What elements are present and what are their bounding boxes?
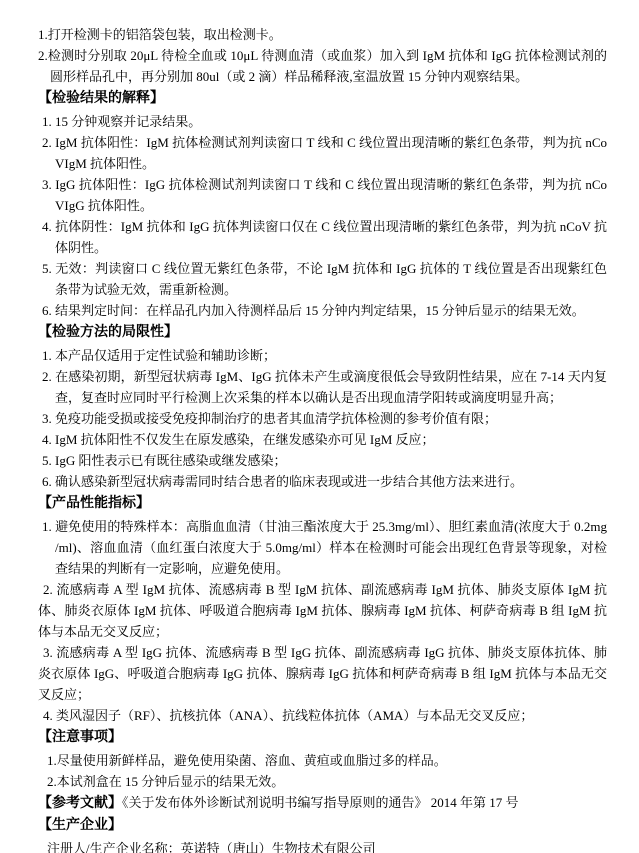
section-result-interpretation: 【检验结果的解释】1. 15 分钟观察并记录结果。2. IgM 抗体阳性：IgM…: [38, 88, 607, 321]
section-usage-steps: 1.打开检测卡的铝箔袋包装，取出检测卡。2.检测时分别取 20μL 待检全血或 …: [38, 24, 607, 87]
precautions-item-2: 2.本试剂盒在 15 分钟后显示的结果无效。: [38, 771, 607, 792]
usage-steps-item-2: 2.检测时分别取 20μL 待检全血或 10μL 待测血清（或血浆）加入到 Ig…: [38, 45, 607, 87]
method-limitations-item-1: 1. 本产品仅适用于定性试验和辅助诊断；: [38, 345, 607, 366]
result-interpretation-item-5: 5. 无效：判读窗口 C 线位置无紫红色条带，不论 IgM 抗体和 IgG 抗体…: [38, 258, 607, 300]
result-interpretation-item-2: 2. IgM 抗体阳性：IgM 抗体检测试剂判读窗口 T 线和 C 线位置出现清…: [38, 132, 607, 174]
precautions-heading: 【注意事项】: [38, 727, 607, 749]
result-interpretation-item-6: 6. 结果判定时间：在样品孔内加入待测样品后 15 分钟内判定结果，15 分钟后…: [38, 300, 607, 321]
section-references: 【参考文献】《关于发布体外诊断试剂说明书编写指导原则的通告》 2014 年第 1…: [38, 792, 607, 814]
method-limitations-item-6: 6. 确认感染新型冠状病毒需同时结合患者的临床表现或进一步结合其他方法来进行。: [38, 471, 607, 492]
references-line: 【参考文献】《关于发布体外诊断试剂说明书编写指导原则的通告》 2014 年第 1…: [38, 792, 607, 814]
document-body: 1.打开检测卡的铝箔袋包装，取出检测卡。2.检测时分别取 20μL 待检全血或 …: [38, 24, 607, 853]
result-interpretation-item-1: 1. 15 分钟观察并记录结果。: [38, 111, 607, 132]
references-text: 《关于发布体外诊断试剂说明书编写指导原则的通告》 2014 年第 17 号: [122, 795, 519, 810]
method-limitations-heading: 【检验方法的局限性】: [38, 322, 607, 344]
method-limitations-item-4: 4. IgM 抗体阳性不仅发生在原发感染，在继发感染亦可见 IgM 反应；: [38, 429, 607, 450]
manufacturer-item-1: 注册人/生产企业名称：英诺特（唐山）生物技术有限公司: [38, 838, 607, 853]
section-manufacturer: 【生产企业】注册人/生产企业名称：英诺特（唐山）生物技术有限公司: [38, 815, 607, 853]
product-performance-item-4: 4. 类风湿因子（RF）、抗核抗体（ANA）、抗线粒体抗体（AMA）与本品无交叉…: [38, 705, 607, 726]
product-performance-item-3: 3. 流感病毒 A 型 IgG 抗体、流感病毒 B 型 IgG 抗体、副流感病毒…: [38, 642, 607, 705]
precautions-item-1: 1.尽量使用新鲜样品，避免使用染菌、溶血、黄疸或血脂过多的样品。: [38, 750, 607, 771]
section-product-performance: 【产品性能指标】1. 避免使用的特殊样本：高脂血血清（甘油三酯浓度大于 25.3…: [38, 493, 607, 726]
section-method-limitations: 【检验方法的局限性】1. 本产品仅适用于定性试验和辅助诊断；2. 在感染初期，新…: [38, 322, 607, 492]
usage-steps-item-1: 1.打开检测卡的铝箔袋包装，取出检测卡。: [38, 24, 607, 45]
product-performance-item-2: 2. 流感病毒 A 型 IgM 抗体、流感病毒 B 型 IgM 抗体、副流感病毒…: [38, 579, 607, 642]
manufacturer-heading: 【生产企业】: [38, 815, 607, 837]
method-limitations-item-2: 2. 在感染初期，新型冠状病毒 IgM、IgG 抗体未产生或滴度很低会导致阴性结…: [38, 366, 607, 408]
document-page: 1.打开检测卡的铝箔袋包装，取出检测卡。2.检测时分别取 20μL 待检全血或 …: [0, 0, 639, 853]
references-heading: 【参考文献】: [38, 796, 122, 811]
result-interpretation-item-3: 3. IgG 抗体阳性：IgG 抗体检测试剂判读窗口 T 线和 C 线位置出现清…: [38, 174, 607, 216]
product-performance-heading: 【产品性能指标】: [38, 493, 607, 515]
section-precautions: 【注意事项】1.尽量使用新鲜样品，避免使用染菌、溶血、黄疸或血脂过多的样品。2.…: [38, 727, 607, 792]
result-interpretation-item-4: 4. 抗体阴性：IgM 抗体和 IgG 抗体判读窗口仅在 C 线位置出现清晰的紫…: [38, 216, 607, 258]
method-limitations-item-5: 5. IgG 阳性表示已有既往感染或继发感染；: [38, 450, 607, 471]
method-limitations-item-3: 3. 免疫功能受损或接受免疫抑制治疗的患者其血清学抗体检测的参考价值有限；: [38, 408, 607, 429]
product-performance-item-1: 1. 避免使用的特殊样本：高脂血血清（甘油三酯浓度大于 25.3mg/ml）、胆…: [38, 516, 607, 579]
result-interpretation-heading: 【检验结果的解释】: [38, 88, 607, 110]
